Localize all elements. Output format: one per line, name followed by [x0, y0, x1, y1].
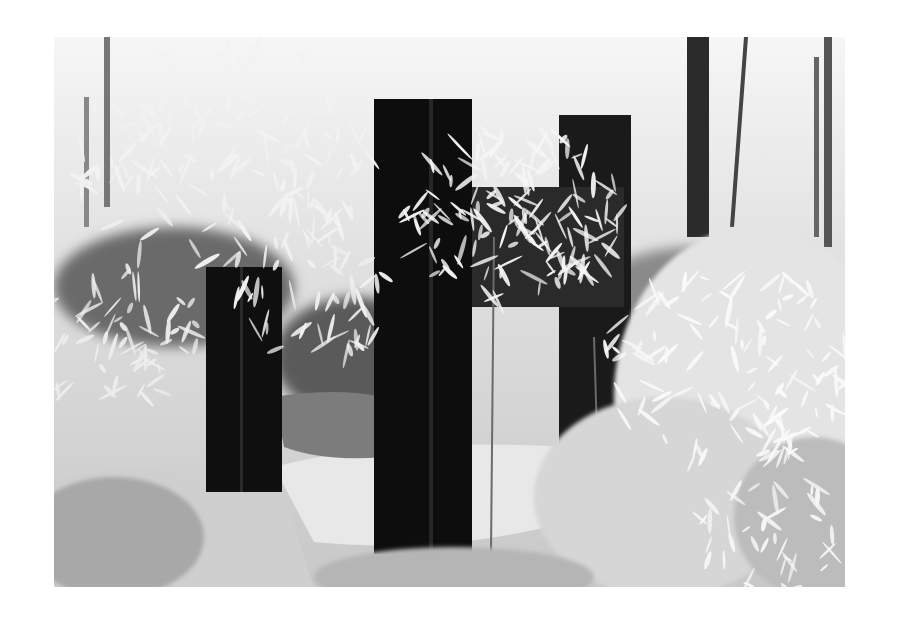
creek-bank [274, 392, 384, 458]
pillar-center [374, 99, 472, 554]
photo-canvas [54, 37, 845, 587]
photograph [54, 37, 845, 587]
pillar-left [206, 267, 282, 492]
